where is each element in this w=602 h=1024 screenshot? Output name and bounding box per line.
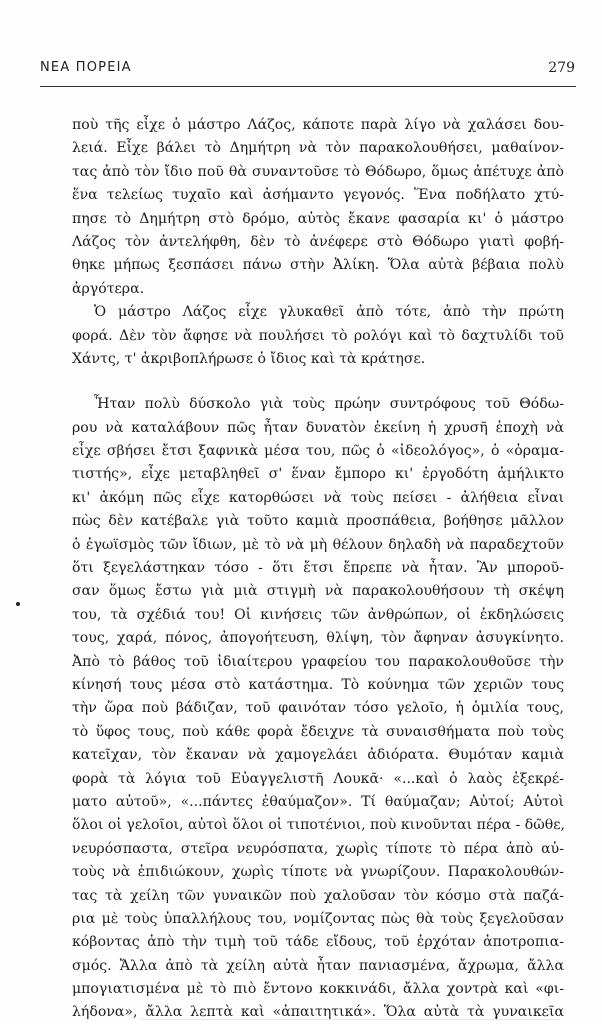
text-line: τὸ ὕφος τους, ποὺ κάθε φορὰ ἔδειχνε τὰ σ… <box>72 721 564 744</box>
text-line: πὼς δὲν κατέβαλε γιὰ τοῦτο καμιὰ προσπάθ… <box>72 510 564 533</box>
text-line: θηκε μήπως ξεσπάσει πάνω στὴν Ἀλίκη. Ὅλα… <box>72 254 564 277</box>
text-line: ποὺ τῆς εἶχε ὁ μάστρο Λάζος, κάποτε παρὰ… <box>72 114 564 137</box>
text-line: τας ἀπὸ τὸν ἴδιο ποῦ θὰ συναντοῦσε τὸ Θό… <box>72 161 564 184</box>
text-line: Λάζος τὸν ἀντελήφθη, δὲν τὸ ἀνέφερε στὸ … <box>72 231 564 254</box>
header-rule <box>40 86 576 87</box>
text-line: κίνησή τους μέσα στὸ κατάστημα. Τὸ κούνη… <box>72 674 564 697</box>
text-line: μπογιατισμένα μὲ τὸ πιὸ ἔντονο κοκκινάδι… <box>72 978 564 1001</box>
text-line: τας τὰ χείλη τῶν γυναικῶν ποὺ χαλοῦσαν τ… <box>72 885 564 908</box>
text-line: σμός. Ἄλλα ἀπὸ τὰ χείλη αὐτὰ ἦταν πανιασ… <box>72 955 564 978</box>
paragraph: ποὺ τῆς εἶχε ὁ μάστρο Λάζος, κάποτε παρὰ… <box>72 114 564 301</box>
text-line: κατεῖχαν, τὸν ἔκαναν νὰ χαμογελάει ἀδιόρ… <box>72 744 564 767</box>
page-number: 279 <box>548 60 575 76</box>
margin-dot-mark <box>16 602 20 606</box>
text-line: λήδονα», ἄλλα λεπτὰ καὶ «ἀπαιτητικά». Ὅλ… <box>72 1001 564 1024</box>
running-title: ΝΕΑ ΠΟΡΕΙΑ <box>40 60 132 75</box>
text-line: κόβοντας ἀπὸ τὴν τιμὴ τοῦ τάδε εἴδους, τ… <box>72 931 564 954</box>
text-line: Ἀπὸ τὸ βάθος τοῦ ἰδιαίτερου γραφείου του… <box>72 651 564 674</box>
text-line: Ὁ μάστρο Λάζος εἶχε γλυκαθεῖ ἀπὸ τότε, ἀ… <box>72 301 564 324</box>
text-line: Ἦταν πολὺ δύσκολο γιὰ τοὺς πρώην συντρόφ… <box>72 393 564 416</box>
paragraph: Ὁ μάστρο Λάζος εἶχε γλυκαθεῖ ἀπὸ τότε, ἀ… <box>72 301 564 371</box>
paragraph: Ἦταν πολὺ δύσκολο γιὰ τοὺς πρώην συντρόφ… <box>72 393 564 1024</box>
text-line: εἶχε σβήσει ἔτσι ξαφνικὰ μέσα του, πῶς ὁ… <box>72 440 564 463</box>
text-line: σαν ὅμως ἔστω γιὰ μιὰ στιγμὴ νὰ παρακολο… <box>72 580 564 603</box>
text-line: κι' ἀκόμη πῶς εἶχε κατορθώσει νὰ τοὺς πε… <box>72 487 564 510</box>
text-line: λειά. Εἶχε βάλει τὸ Δημήτρη νὰ τὸν παρακ… <box>72 137 564 160</box>
text-line: ὁ ἐγωϊσμὸς τῶν ἴδιων, μὲ τὸ νὰ μὴ θέλουν… <box>72 534 564 557</box>
text-line: ρια μὲ τοὺς ὑπαλλήλους του, νομίζοντας π… <box>72 908 564 931</box>
body-text: ποὺ τῆς εἶχε ὁ μάστρο Λάζος, κάποτε παρὰ… <box>72 114 564 1024</box>
text-line: ὅτι ξεγελάστηκαν τόσο - ὅτι ἔτσι ἔπρεπε … <box>72 557 564 580</box>
text-line: φορὰ τὰ λόγια τοῦ Εὐαγγελιστῆ Λουκᾶ· «..… <box>72 768 564 791</box>
text-line: Χάντς, τ' ἀκριβοπλήρωσε ὁ ἴδιος καὶ τὰ κ… <box>72 348 564 371</box>
text-line: τους, χαρά, πόνος, ἀπογοήτευση, θλίψη, τ… <box>72 627 564 650</box>
running-head: ΝΕΑ ΠΟΡΕΙΑ 279 <box>40 60 575 80</box>
text-line: τοὺς νὰ ἐπιδιώκουν, χωρὶς τίποτε νὰ γνωρ… <box>72 861 564 884</box>
text-line: τιστής», εἶχε μεταβληθεῖ σ' ἕναν ἔμπορο … <box>72 463 564 486</box>
scan-edge-line <box>140 1019 560 1020</box>
text-line: ἕνα τελείως τυχαῖο καὶ ἀσήμαντο γεγονός.… <box>72 184 564 207</box>
section-break <box>72 371 564 393</box>
book-page: ΝΕΑ ΠΟΡΕΙΑ 279 ποὺ τῆς εἶχε ὁ μάστρο Λάζ… <box>0 0 602 1024</box>
text-line: ὅλοι οἱ γελοῖοι, αὐτοὶ ὅλοι οἱ τιποτένιο… <box>72 814 564 837</box>
text-line: νευρόσπαστα, στεῖρα νευρόσπατα, χωρὶς τί… <box>72 838 564 861</box>
text-line: ἀργότερα. <box>72 278 564 301</box>
text-line: τὴν ὥρα ποὺ βάδιζαν, τοῦ φαινόταν τόσο γ… <box>72 697 564 720</box>
text-line: του, τὰ σχέδιά του! Οἱ κινήσεις τῶν ἀνθρ… <box>72 604 564 627</box>
text-line: ματο αὐτοῦ», «...πάντες ἐθαύμαζον». Τί θ… <box>72 791 564 814</box>
text-line: φορά. Δὲν τὸν ἄφησε νὰ πουλήσει τὸ ρολόγ… <box>72 325 564 348</box>
text-line: πησε τὸ Δημήτρη στὸ δρόμο, αὐτὸς ἔκανε φ… <box>72 208 564 231</box>
text-line: ρου νὰ καταλάβουν πῶς ἦταν δυνατὸν ἐκείν… <box>72 417 564 440</box>
